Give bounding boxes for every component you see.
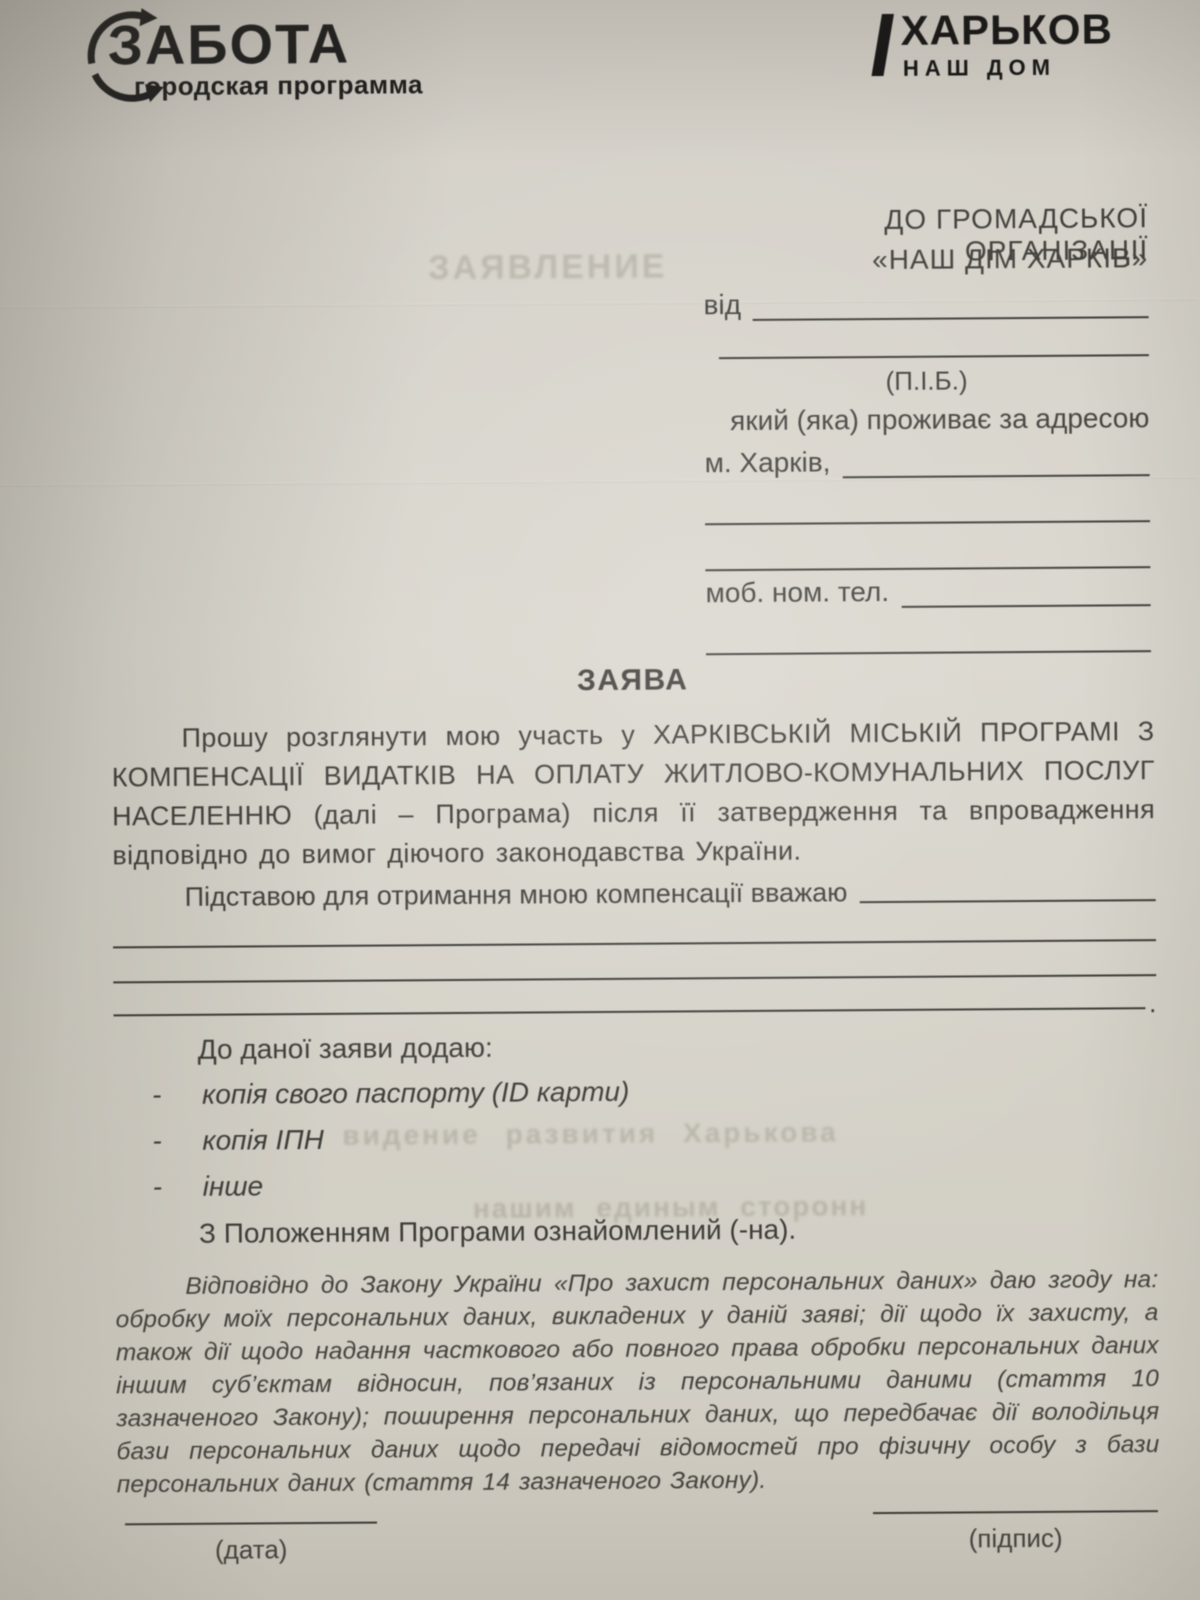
residence-line: який (яка) проживає за адресою	[704, 398, 1149, 445]
fill-in-line	[719, 326, 1149, 359]
zabota-logo: ЗАБОТА городская программа	[89, 7, 430, 109]
scanned-application-form: ЗАБОТА городская программа ХАРЬКОВ НАШ Д…	[0, 0, 1200, 1600]
bleedthrough-text: нашим единым сторонн	[473, 1190, 869, 1225]
attachment-item-label: копія ІПН	[202, 1124, 324, 1157]
statement-section: ЗАЯВА Прошу розглянути мою участь у ХАРК…	[111, 660, 1160, 1526]
consent-paragraph: Відповідно до Закону України «Про захист…	[115, 1263, 1160, 1501]
paper-sheet: ЗАБОТА городская программа ХАРЬКОВ НАШ Д…	[0, 0, 1200, 1600]
name-caption: (П.І.Б.)	[704, 356, 1149, 401]
trailing-period: .	[1146, 997, 1157, 1009]
signature-line	[873, 1486, 1158, 1514]
recipient-block: ДО ГРОМАДСЬКОЇ ОРГАНІЗАЦІЇ «НАШ ДІМ ХАРК…	[703, 202, 1151, 655]
recipient-org-line1: ДО ГРОМАДСЬКОЇ ОРГАНІЗАЦІЇ	[703, 202, 1148, 245]
phone-label: моб. ном. тел.	[705, 576, 889, 609]
list-dash: -	[114, 1125, 202, 1158]
signature-block: (підпис)	[873, 1486, 1158, 1555]
fill-in-line	[705, 538, 1150, 571]
attachment-item: - копія свого паспорту (ID карти)	[114, 1065, 1157, 1118]
date-caption: (дата)	[125, 1524, 377, 1567]
city-row: м. Харків,	[705, 442, 1150, 479]
bleedthrough-text: ЗАЯВЛЕНИЕ	[428, 248, 667, 289]
from-label: від	[703, 289, 741, 321]
phone-row: моб. ном. тел.	[705, 568, 1150, 609]
list-dash: -	[114, 1079, 202, 1112]
attachment-item-label: копія свого паспорту (ID карти)	[202, 1076, 630, 1111]
fill-in-line	[753, 316, 1149, 321]
fill-in-line	[705, 492, 1150, 525]
zabota-logo-title: ЗАБОТА	[108, 16, 351, 74]
kharkov-logo-subtitle: НАШ ДОМ	[903, 55, 1056, 82]
bleedthrough-text: видение развития Харькова	[342, 1116, 839, 1151]
fill-in-line	[901, 604, 1150, 608]
attachment-item-label: інше	[203, 1170, 264, 1202]
fill-in-line-with-period: .	[113, 976, 1156, 1016]
fill-in-line	[706, 622, 1151, 655]
fill-in-line	[843, 474, 1150, 478]
date-line	[125, 1498, 377, 1526]
kharkov-logo: ХАРЬКОВ НАШ ДОМ	[876, 6, 1167, 88]
vertical-bar-icon	[871, 14, 893, 76]
kharkov-logo-title: ХАРЬКОВ	[900, 8, 1112, 51]
city-label: м. Харків,	[705, 446, 831, 479]
basis-label: Підставою для отримання мною компенсації…	[185, 877, 848, 913]
statement-title: ЗАЯВА	[111, 660, 1154, 701]
list-dash: -	[115, 1171, 203, 1204]
attachments-intro: До даної заяви додаю:	[198, 1021, 1157, 1072]
from-row: від	[703, 288, 1148, 321]
recipient-org-line2: «НАШ ДІМ ХАРКІВ»	[703, 242, 1148, 285]
signature-caption: (підпис)	[873, 1512, 1158, 1555]
fill-in-line	[859, 899, 1155, 903]
statement-body: Прошу розглянути мою участь у ХАРКІВСЬКІ…	[111, 712, 1155, 875]
date-signature-block: (дата)	[125, 1498, 377, 1567]
zabota-logo-subtitle: городская программа	[134, 69, 423, 102]
fill-in-line	[113, 976, 1146, 1016]
